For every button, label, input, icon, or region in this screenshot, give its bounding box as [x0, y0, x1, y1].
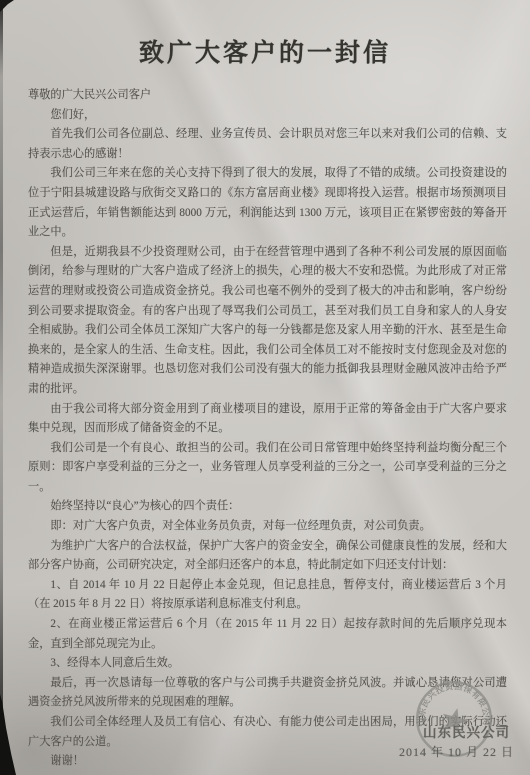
letter-paragraph: 我们公司是一个有良心、敢担当的公司。我们在公司日常管理中始终坚持利益均衡分配三个… — [28, 439, 507, 498]
letter-date: 2014 年 10 月 22 日 — [399, 743, 514, 760]
letter-paragraph: 由于我公司将大部分资金用到了商业楼项目的建设，原用于正常的筹备金由于广大客户要求… — [28, 400, 507, 439]
scanned-letter-page: { "document": { "title": "致广大客户的一封信", "g… — [0, 0, 530, 775]
letter-paragraph: 为维护广大客户的合法权益，保护广大客户的资金安全，确保公司健康良性的发展，经和大… — [28, 537, 507, 576]
letter-paragraph: 即：对广大客户负责，对全体业务员负责，对每一位经理负责，对公司负责。 — [28, 517, 507, 537]
greeting-line: 尊敬的广大民兴公司客户 — [28, 86, 507, 106]
letter-paragraph: 始终坚持以“良心”为核心的四个责任： — [28, 497, 507, 517]
scan-edge-left — [0, 0, 3, 775]
scan-edge-bottom-left-corner — [0, 694, 16, 775]
repayment-plan-item: 3、经得本人同意后生效。 — [28, 654, 507, 674]
letter-paragraph: 首先我们公司各位副总、经理、业务宣传员、会计职员对您三年以来对我们公司的信赖、支… — [28, 125, 507, 164]
repayment-plan-item: 2、在商业楼正常运营后 6 个月（在 2015 年 11 月 22 日）起按存款… — [28, 615, 507, 654]
letter-title: 致广大客户的一封信 — [0, 33, 530, 69]
repayment-plan-item: 1、自 2014 年 10 月 22 日起停止本金兑现，但记息挂息，暂停支付，商… — [28, 576, 507, 615]
letter-paragraph: 但是，近期我县不少投资理财公司，由于在经营管理中遇到了各种不利公司发展的原因面临… — [28, 243, 507, 400]
letter-body: 尊敬的广大民兴公司客户 您们好， 首先我们公司各位副总、经理、业务宣传员、会计职… — [28, 86, 507, 772]
salutation-line: 您们好， — [28, 106, 507, 126]
company-signature: 山东民兴公司 — [423, 721, 510, 741]
letter-paragraph: 我们公司三年来在您的关心支持下得到了很大的发展，取得了不错的成绩。公司投资建设的… — [28, 164, 507, 242]
paper-background: 致广大客户的一封信 尊敬的广大民兴公司客户 您们好， 首先我们公司各位副总、经理… — [0, 0, 530, 775]
